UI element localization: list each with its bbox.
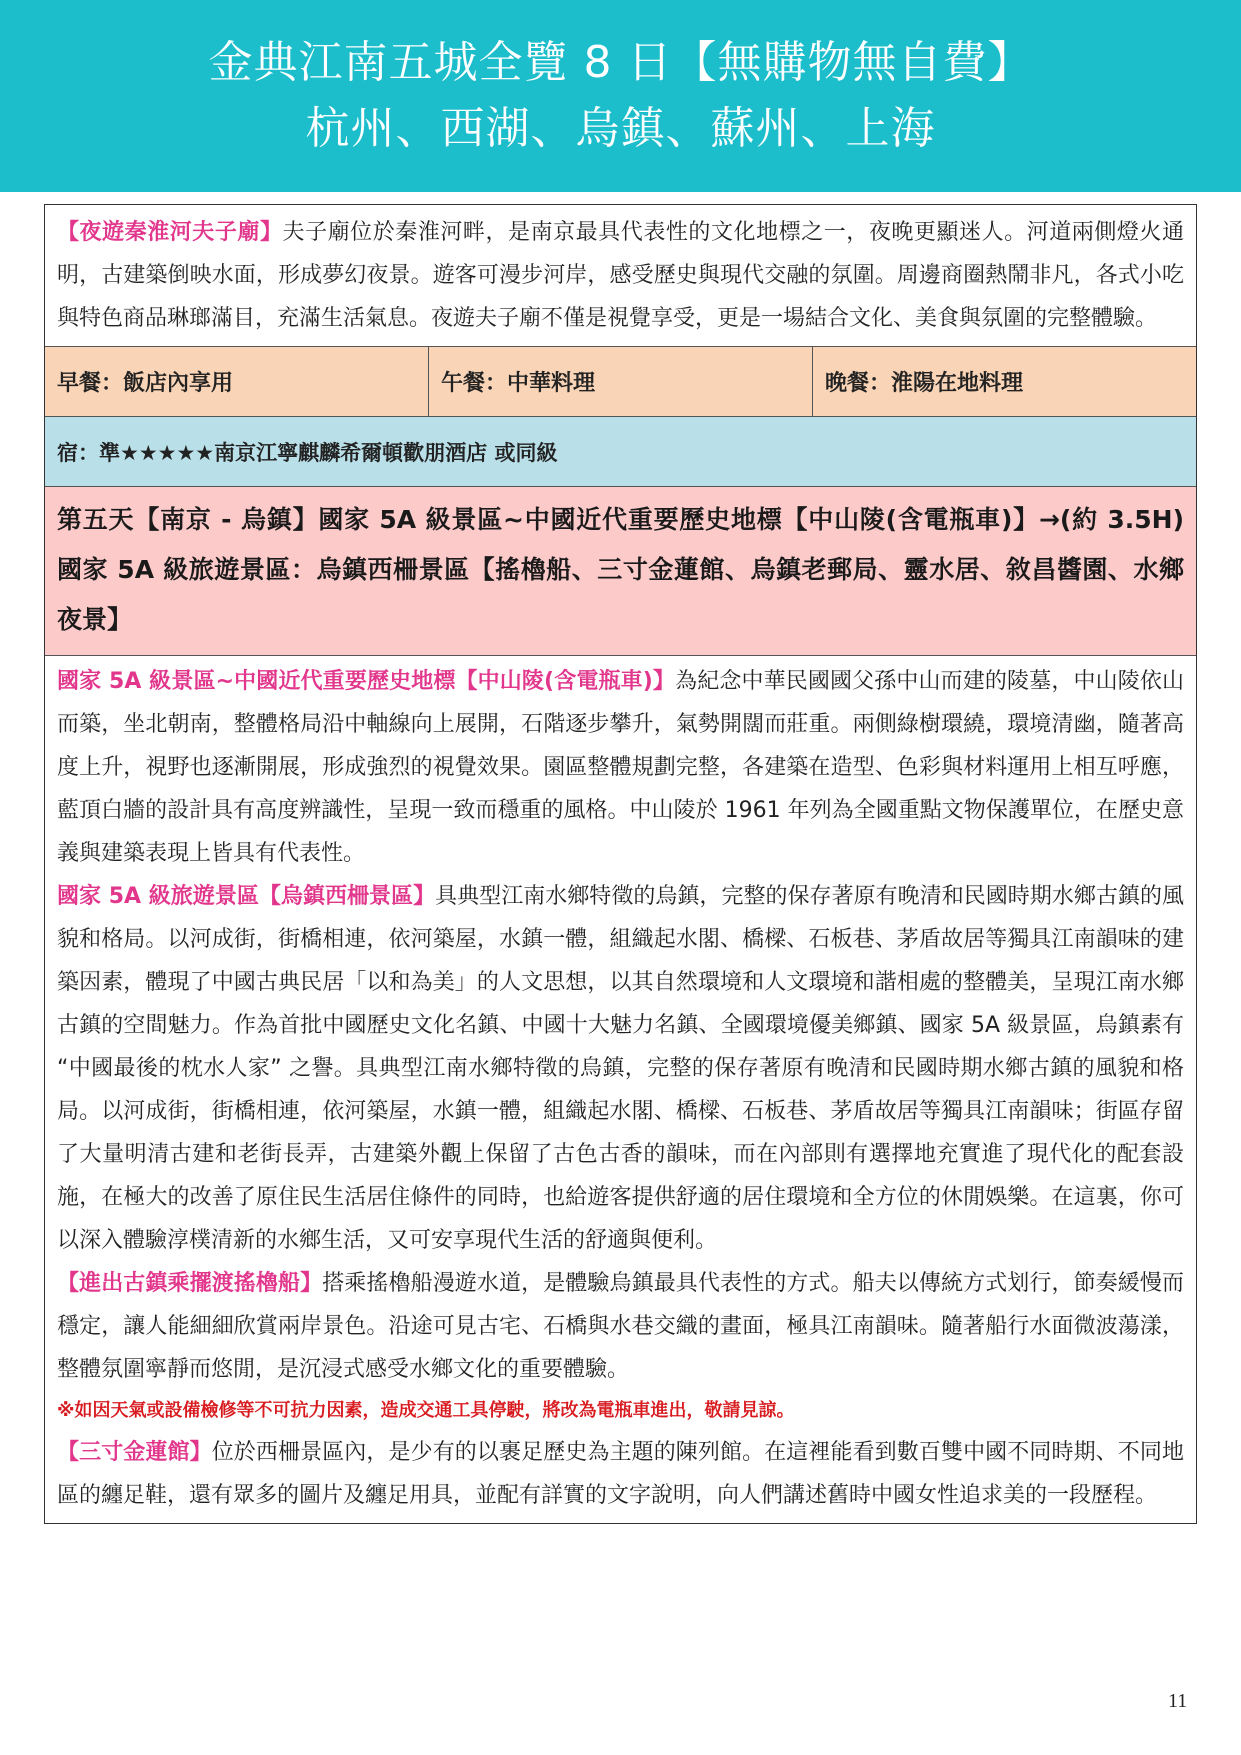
meal-breakfast: 早餐：飯店內享用 bbox=[45, 347, 429, 416]
section-rowing-boat: 【進出古鎮乘擺渡搖櫓船】搭乘搖櫓船漫遊水道，是體驗烏鎮最具代表性的方式。船夫以傳… bbox=[57, 1262, 1184, 1391]
section-highlight: 國家 5A 級旅遊景區【烏鎮西柵景區】 bbox=[57, 884, 435, 909]
intro-highlight: 【夜遊秦淮河夫子廟】 bbox=[57, 220, 283, 245]
weather-warning-note: ※如因天氣或設備檢修等不可抗力因素，造成交通工具停駛，將改為電瓶車進出，敬請見諒… bbox=[57, 1391, 1184, 1431]
section-highlight: 【三寸金蓮館】 bbox=[57, 1440, 212, 1465]
itinerary-page: 金典江南五城全覽 8 日【無購物無自費】 杭州、西湖、烏鎮、蘇州、上海 【夜遊秦… bbox=[0, 0, 1241, 1755]
section-text: 具典型江南水鄉特徵的烏鎮，完整的保存著原有晚清和民國時期水鄉古鎮的風貌和格局。以… bbox=[57, 884, 1184, 1253]
section-wuzhen-xizha: 國家 5A 級旅遊景區【烏鎮西柵景區】具典型江南水鄉特徵的烏鎮，完整的保存著原有… bbox=[57, 875, 1184, 1262]
section-lotus-museum: 【三寸金蓮館】位於西柵景區內，是少有的以裹足歷史為主題的陳列館。在這裡能看到數百… bbox=[57, 1431, 1184, 1517]
section-highlight: 國家 5A 級景區~中國近代重要歷史地標【中山陵(含電瓶車)】 bbox=[57, 669, 675, 694]
page-subtitle-cities: 杭州、西湖、烏鎮、蘇州、上海 bbox=[306, 96, 936, 162]
section-zhongshan: 國家 5A 級景區~中國近代重要歷史地標【中山陵(含電瓶車)】為紀念中華民國國父… bbox=[57, 660, 1184, 875]
day-title-row: 第五天【南京 - 烏鎮】國家 5A 級景區~中國近代重要歷史地標【中山陵(含電瓶… bbox=[45, 487, 1196, 656]
day-details-row: 國家 5A 級景區~中國近代重要歷史地標【中山陵(含電瓶車)】為紀念中華民國國父… bbox=[45, 656, 1196, 1523]
day-title: 第五天【南京 - 烏鎮】國家 5A 級景區~中國近代重要歷史地標【中山陵(含電瓶… bbox=[57, 495, 1184, 645]
section-highlight: 【進出古鎮乘擺渡搖櫓船】 bbox=[57, 1271, 322, 1296]
page-number: 11 bbox=[1168, 1690, 1187, 1713]
intro-row: 【夜遊秦淮河夫子廟】夫子廟位於秦淮河畔，是南京最具代表性的文化地標之一，夜晚更顯… bbox=[45, 205, 1196, 347]
meals-row: 早餐：飯店內享用 午餐：中華料理 晚餐：淮陽在地料理 bbox=[45, 347, 1196, 417]
hotel-row: 宿：準★★★★★南京江寧麒麟希爾頓歡朋酒店 或同級 bbox=[45, 417, 1196, 487]
page-title: 金典江南五城全覽 8 日【無購物無自費】 bbox=[209, 30, 1033, 96]
intro-paragraph: 【夜遊秦淮河夫子廟】夫子廟位於秦淮河畔，是南京最具代表性的文化地標之一，夜晚更顯… bbox=[57, 211, 1184, 340]
header-banner: 金典江南五城全覽 8 日【無購物無自費】 杭州、西湖、烏鎮、蘇州、上海 bbox=[0, 0, 1241, 192]
itinerary-table: 【夜遊秦淮河夫子廟】夫子廟位於秦淮河畔，是南京最具代表性的文化地標之一，夜晚更顯… bbox=[44, 204, 1197, 1524]
meal-dinner: 晚餐：淮陽在地料理 bbox=[813, 347, 1196, 416]
hotel-text: 宿：準★★★★★南京江寧麒麟希爾頓歡朋酒店 或同級 bbox=[57, 437, 557, 467]
meal-lunch: 午餐：中華料理 bbox=[429, 347, 813, 416]
section-text: 位於西柵景區內，是少有的以裹足歷史為主題的陳列館。在這裡能看到數百雙中國不同時期… bbox=[57, 1440, 1184, 1508]
section-text: 為紀念中華民國國父孫中山而建的陵墓，中山陵依山而築，坐北朝南，整體格局沿中軸線向… bbox=[57, 669, 1184, 866]
